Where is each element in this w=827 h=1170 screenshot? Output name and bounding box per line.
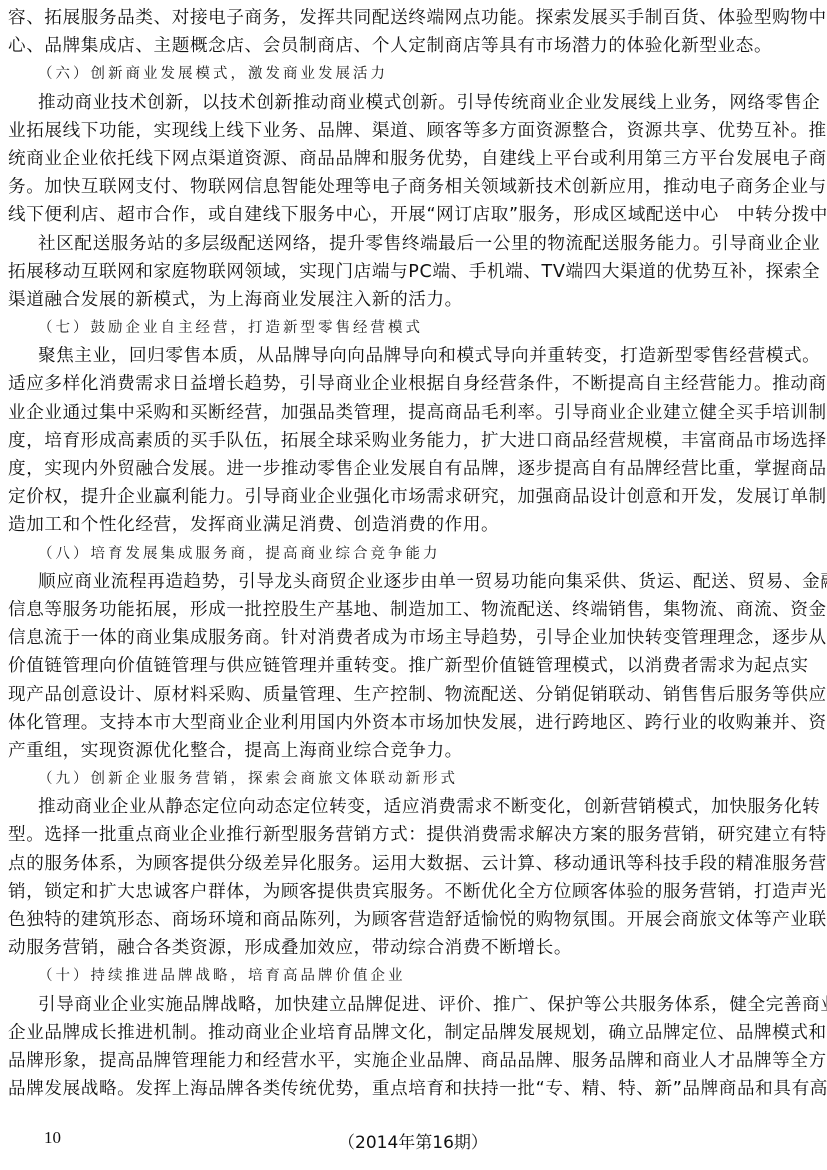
paragraph-first-line: 顺应商业流程再造趋势，引导龙头商贸企业逐步由单一贸易功能向集采供、货运、配送、贸… bbox=[8, 568, 820, 596]
text-line: 统商业企业依托线下网点渠道资源、商品品牌和服务优势，自建线上平台或利用第三方平台… bbox=[8, 145, 820, 173]
section-heading: （十）持续推进品牌战略，培育高品牌价值企业 bbox=[8, 962, 820, 990]
text-line: 线下便利店、超市合作，或自建线下服务中心，开展“网订店取”服务，形成区域配送中心… bbox=[8, 201, 820, 229]
text-line: 动服务营销，融合各类资源，形成叠加效应，带动综合消费不断增长。 bbox=[8, 934, 820, 962]
paragraph-first-line: 聚焦主业，回归零售本质，从品牌导向向品牌导向和模式导向并重转变，打造新型零售经营… bbox=[8, 342, 820, 370]
text-line: 度，培育形成高素质的买手队伍，拓展全球采购业务能力，扩大进口商品经营规模，丰富商… bbox=[8, 427, 820, 455]
document-body: 容、拓展服务品类、对接电子商务，发挥共同配送终端网点功能。探索发展买手制百货、体… bbox=[8, 4, 820, 1103]
text-line: 度，实现内外贸融合发展。进一步推动零售企业发展自有品牌，逐步提高自有品牌经营比重… bbox=[8, 455, 820, 483]
text-line: 销，锁定和扩大忠诚客户群体，为顾客提供贵宾服务。不断优化全方位顾客体验的服务营销… bbox=[8, 878, 820, 906]
paragraph-first-line: 推动商业企业从静态定位向动态定位转变，适应消费需求不断变化，创新营销模式，加快服… bbox=[8, 793, 820, 821]
issue-label: （2014年第16期） bbox=[338, 1128, 488, 1153]
text-line: 业拓展线下功能，实现线上线下业务、品牌、渠道、顾客等多方面资源整合，资源共享、优… bbox=[8, 117, 820, 145]
text-line: 适应多样化消费需求日益增长趋势，引导商业企业根据自身经营条件，不断提高自主经营能… bbox=[8, 370, 820, 398]
page-footer: 10 （2014年第16期） bbox=[0, 1128, 827, 1152]
text-line: 企业品牌成长推进机制。推动商业企业培育品牌文化，制定品牌发展规划，确立品牌定位、… bbox=[8, 1019, 820, 1047]
paragraph-first-line: 引导商业企业实施品牌战略，加快建立品牌促进、评价、推广、保护等公共服务体系，健全… bbox=[8, 991, 820, 1019]
text-line: 点的服务体系，为顾客提供分级差异化服务。运用大数据、云计算、移动通讯等科技手段的… bbox=[8, 850, 820, 878]
text-line: 型。选择一批重点商业企业推行新型服务营销方式：提供消费需求解决方案的服务营销，研… bbox=[8, 821, 820, 849]
text-line: 信息流于一体的商业集成服务商。针对消费者成为市场主导趋势，引导企业加快转变管理理… bbox=[8, 624, 820, 652]
text-line: 造加工和个性化经营，发挥商业满足消费、创造消费的作用。 bbox=[8, 511, 820, 539]
text-line: 产重组，实现资源优化整合，提高上海商业综合竞争力。 bbox=[8, 737, 820, 765]
paragraph-first-line: 推动商业技术创新，以技术创新推动商业模式创新。引导传统商业企业发展线上业务，网络… bbox=[8, 89, 820, 117]
text-line: 容、拓展服务品类、对接电子商务，发挥共同配送终端网点功能。探索发展买手制百货、体… bbox=[8, 4, 820, 32]
section-heading: （九）创新企业服务营销，探索会商旅文体联动新形式 bbox=[8, 765, 820, 793]
text-line: 品牌发展战略。发挥上海品牌各类传统优势，重点培育和扶持一批“专、精、特、新”品牌… bbox=[8, 1075, 820, 1103]
text-line: 价值链管理向价值链管理与供应链管理并重转变。推广新型价值链管理模式，以消费者需求… bbox=[8, 652, 820, 680]
text-line: 务。加快互联网支付、物联网信息智能处理等电子商务相关领域新技术创新应用，推动电子… bbox=[8, 173, 820, 201]
text-line: 色独特的建筑形态、商场环境和商品陈列，为顾客营造舒适愉悦的购物氛围。开展会商旅文… bbox=[8, 906, 820, 934]
text-line: 信息等服务功能拓展，形成一批控股生产基地、制造加工、物流配送、终端销售，集物流、… bbox=[8, 596, 820, 624]
text-line: 定价权，提升企业赢利能力。引导商业企业强化市场需求研究，加强商品设计创意和开发，… bbox=[8, 483, 820, 511]
section-heading: （七）鼓励企业自主经营，打造新型零售经营模式 bbox=[8, 314, 820, 342]
section-heading: （六）创新商业发展模式，激发商业发展活力 bbox=[8, 60, 820, 88]
section-heading: （八）培育发展集成服务商，提高商业综合竞争能力 bbox=[8, 540, 820, 568]
text-line: 现产品创意设计、原材料采购、质量管理、生产控制、物流配送、分销促销联动、销售售后… bbox=[8, 681, 820, 709]
text-line: 业企业通过集中采购和买断经营，加强品类管理，提高商品毛利率。引导商业企业建立健全… bbox=[8, 399, 820, 427]
text-line: 心、品牌集成店、主题概念店、会员制商店、个人定制商店等具有市场潜力的体验化新型业… bbox=[8, 32, 820, 60]
page-number: 10 bbox=[44, 1128, 61, 1148]
text-line: 体化管理。支持本市大型商业企业利用国内外资本市场加快发展，进行跨地区、跨行业的收… bbox=[8, 709, 820, 737]
paragraph-first-line: 社区配送服务站的多层级配送网络，提升零售终端最后一公里的物流配送服务能力。引导商… bbox=[8, 230, 820, 258]
text-line: 品牌形象，提高品牌管理能力和经营水平，实施企业品牌、商品品牌、服务品牌和商业人才… bbox=[8, 1047, 820, 1075]
text-line: 渠道融合发展的新模式，为上海商业发展注入新的活力。 bbox=[8, 286, 820, 314]
text-line: 拓展移动互联网和家庭物联网领域，实现门店端与PC端、手机端、TV端四大渠道的优势… bbox=[8, 258, 820, 286]
